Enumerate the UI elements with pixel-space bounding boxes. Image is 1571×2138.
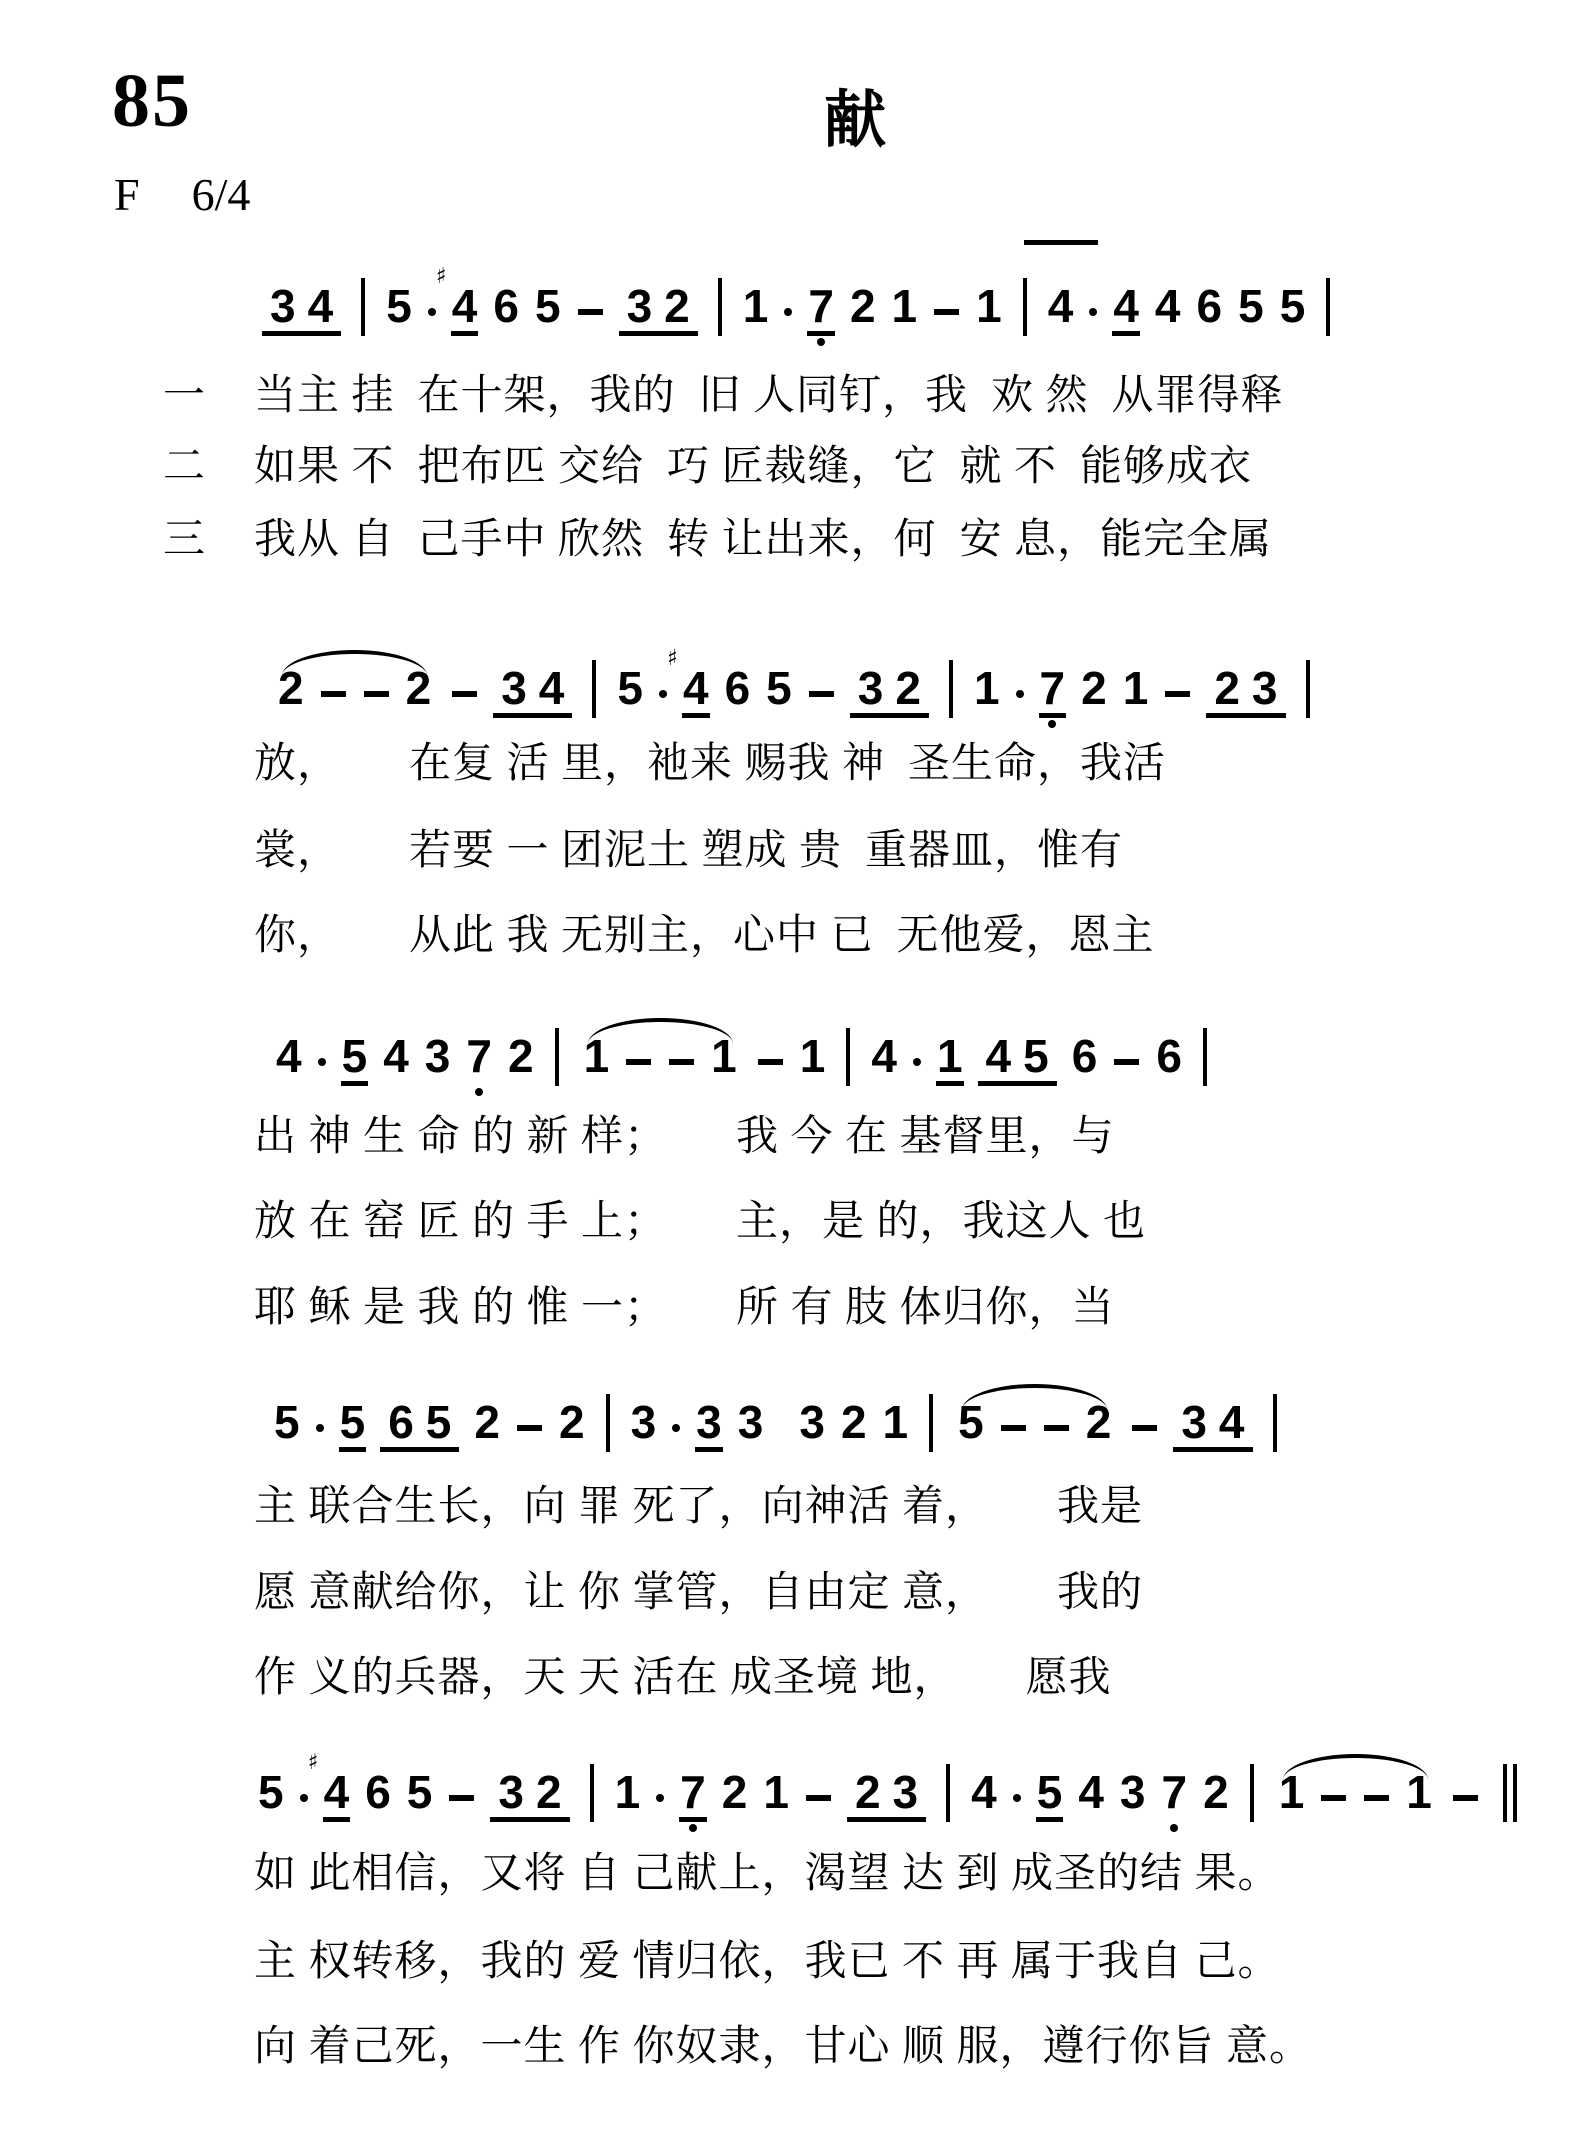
notation-line: 345♯4653217211444655 [255,280,1343,336]
note-value: 1 [615,1766,641,1818]
barline [590,1764,594,1822]
note: 1 [891,284,919,336]
note: 1 [882,1400,910,1452]
note-value: 4 [1219,1396,1245,1448]
note-value: 5 [407,1766,433,1818]
note: 1 [1405,1770,1433,1822]
note: 1 [799,1034,827,1086]
note-value: 5 [958,1396,984,1448]
note: 5 [406,1770,434,1822]
final-barline [1500,1764,1520,1822]
note: 2 [840,1400,868,1452]
note-value: 7 [680,1766,706,1818]
tie-group: 11 [1271,1770,1440,1822]
note: 3 [424,1034,452,1086]
note: ♯4 [682,666,710,718]
note-value: 3 [425,1030,451,1082]
note-value: 3 [799,1396,825,1448]
note-value: 2 [406,662,432,714]
note: 4 [1218,1400,1246,1447]
lyric-line: 愿 意献给你，让 你 掌管，自由定 意， 我的 [163,1567,1143,1619]
beam-group: 32 [850,666,929,718]
duration-dot [656,1794,664,1802]
lyric-text: 如 此相信，又将 自 己献上，渴望 达 到 成圣的结 果。 [254,1851,1281,1897]
note: 5 [534,284,562,336]
lyric-line: 主 权转移，我的 爱 情归依，我已 不 再 属于我自 己。 [163,1936,1281,1988]
note: 1 [742,284,770,336]
note: 1 [1278,1770,1306,1822]
note: 5 [765,666,793,718]
note-value: 3 [893,1766,919,1818]
note: 2 [558,1400,586,1452]
note: 2 [663,284,691,331]
note: 2 [1202,1770,1230,1822]
lyric-line: 三我从 自 己手中 欣然 转 让出来，何 安 息，能完全属 [163,514,1272,566]
lyric-text: 如果 不 把布匹 交给 巧 匠裁缝，它 就 不 能够成衣 [254,444,1252,490]
note-value: 5 [1238,280,1264,332]
note: 5 [1237,284,1265,336]
note-value: 2 [895,662,921,714]
note: 2 [277,666,305,718]
note-value: 4 [1155,280,1181,332]
beam-group: 34 [493,666,572,718]
lyric-text: 耶 稣 是 我 的 惟 一； 所 有 肢 体归你，当 [254,1285,1115,1331]
note-value: 4 [308,280,334,332]
note: 4 [382,1034,410,1086]
note-value: 4 [871,1030,897,1082]
lyric-text: 放 在 窑 匠 的 手 上； 主，是 的，我这人 也 [254,1199,1146,1245]
note-value: 1 [711,1030,737,1082]
lyric-line: 耶 稣 是 我 的 惟 一； 所 有 肢 体归你，当 [163,1282,1115,1334]
barline [846,1028,850,1086]
note-value: 1 [883,1396,909,1448]
dash-mark [1364,1795,1389,1801]
lyric-text: 主 联合生长，向 罪 死了，向神活 着， 我是 [254,1484,1143,1530]
note: 6 [1155,1034,1183,1086]
barline [946,1764,950,1822]
lyric-text: 裳， 若要 一 团泥土 塑成 贵 重器皿，惟有 [254,828,1123,874]
key-signature-row: F6/4 [114,168,250,221]
beam-group: 65 [380,1400,459,1452]
duration-dot [659,690,667,698]
dash-mark [758,1059,783,1065]
note-value: 5 [535,280,561,332]
note-value: 2 [1081,662,1107,714]
note-value: 3 [631,1396,657,1448]
note-value: 1 [1406,1766,1432,1818]
note: 1 [614,1770,642,1822]
verse-number: 二 [163,441,254,493]
note-value: 3 [738,1396,764,1448]
final-barline-right [1513,1764,1517,1822]
note-value: 3 [627,280,653,332]
lyric-line: 出 神 生 命 的 新 样； 我 今 在 基督里，与 [163,1111,1115,1163]
note-value: 6 [1156,1030,1182,1082]
lyric-text: 作 义的兵器，天 天 活在 成圣境 地， 愿我 [254,1655,1112,1701]
note: 6 [724,666,752,718]
barline [592,660,596,718]
note: 5 [616,666,644,718]
note: 2 [894,666,922,713]
note: 7 [1161,1770,1189,1822]
note-value: 6 [1072,1030,1098,1082]
note: 2 [1085,1400,1113,1452]
lyric-text: 放， 在复 活 里，祂来 赐我 神 圣生命，我活 [254,741,1166,787]
note-value: 1 [800,1030,826,1082]
barline [1326,278,1330,336]
note-value: 2 [559,1396,585,1448]
note: 3 [857,666,885,713]
note-value: 1 [584,1030,610,1082]
note-value: 4 [986,1030,1012,1082]
note: 3 [497,1770,525,1817]
note: 1 [975,284,1003,336]
dash-mark [1321,1795,1346,1801]
final-barline-left [1503,1764,1507,1822]
note: 2 [849,284,877,336]
barline [1306,660,1310,718]
note-value: 5 [766,662,792,714]
dash-mark [1165,691,1190,697]
note: 3 [630,1400,658,1452]
note: 4 [307,284,335,331]
note: 5 [339,1400,367,1452]
note: 5 [1279,284,1307,336]
note: 3 [892,1770,920,1817]
dash-mark [669,1059,694,1065]
note: 4 [1077,1770,1105,1822]
note-value: 1 [976,280,1002,332]
note: 1 [936,1034,964,1086]
note: 3 [1119,1770,1147,1822]
note: ♯4 [323,1770,351,1822]
note-value: 1 [1123,662,1149,714]
note: 4 [1154,284,1182,336]
lyric-text: 出 神 生 命 的 新 样； 我 今 在 基督里，与 [254,1114,1115,1160]
note: 5 [273,1400,301,1452]
lyric-line: 二如果 不 把布匹 交给 巧 匠裁缝，它 就 不 能够成衣 [163,441,1252,493]
note: 6 [492,284,520,336]
note: 3 [626,284,654,331]
lyric-line: 如 此相信，又将 自 己献上，渴望 达 到 成圣的结 果。 [163,1848,1281,1900]
note: 5 [425,1400,453,1447]
note-value: 7 [1040,662,1066,714]
verse-number: 一 [163,370,254,422]
dash-mark [1044,1425,1069,1431]
hymn-title: 献 [824,70,886,159]
note-value: 6 [493,280,519,332]
note-value: 1 [974,662,1000,714]
lyric-text: 当主 挂 在十架，我的 旧 人同钉，我 欢 然 从罪得释 [254,373,1284,419]
verse-number: 三 [163,514,254,566]
note: 5 [385,284,413,336]
note-value: 3 [501,662,527,714]
hymn-page: 85 献 F6/4 345♯4653217211444655一当主 挂 在十架，… [0,0,1571,2138]
notation-line: 454372111414566 [268,1030,1220,1086]
dash-mark [806,1795,831,1801]
note: 4 [275,1034,303,1086]
note: ♯4 [451,284,479,336]
note: 7 [465,1034,493,1086]
note-value: 2 [474,1396,500,1448]
notation-line: 5565223333215234 [266,1396,1290,1452]
note: 3 [737,1400,765,1452]
note-value: 2 [664,280,690,332]
title-dash-mark [1024,240,1098,245]
note: 2 [473,1400,501,1452]
note-value: 2 [278,662,304,714]
duration-dot [913,1058,921,1066]
note: 2 [507,1034,535,1086]
note-value: 4 [683,662,709,714]
barline [1250,1764,1254,1822]
barline [949,660,953,718]
note: 7 [679,1770,707,1822]
note-value: 5 [386,280,412,332]
note: 3 [500,666,528,713]
note: 4 [985,1034,1013,1081]
note-value: 4 [1078,1766,1104,1818]
duration-dot [318,1058,326,1066]
note: 5 [341,1034,369,1086]
dash-mark [1453,1795,1478,1801]
lyric-line: 一当主 挂 在十架，我的 旧 人同钉，我 欢 然 从罪得释 [163,370,1284,422]
note-value: 1 [892,280,918,332]
note: 3 [1251,666,1279,713]
duration-dot [1016,690,1024,698]
note-value: 4 [452,280,478,332]
note: 6 [1196,284,1224,336]
note: 6 [387,1400,415,1447]
lyric-line: 你， 从此 我 无别主，心中 已 无他爱，恩主 [163,910,1155,962]
lyric-line: 放， 在复 活 里，祂来 赐我 神 圣生命，我活 [163,738,1166,790]
time-signature: 6/4 [192,169,251,220]
barline [929,1394,933,1452]
note: 1 [583,1034,611,1086]
note-value: 2 [841,1396,867,1448]
barline [606,1394,610,1452]
note-value: 5 [274,1396,300,1448]
note: 2 [721,1770,749,1822]
dash-mark [1001,1425,1026,1431]
note-value: 6 [1197,280,1223,332]
note-value: 5 [1023,1030,1049,1082]
key-signature: F [114,169,140,220]
note: 2 [1213,666,1241,713]
beam-group: 32 [490,1770,569,1822]
note-value: 3 [1120,1766,1146,1818]
lyric-line: 放 在 窑 匠 的 手 上； 主，是 的，我这人 也 [163,1196,1146,1248]
note-value: 6 [388,1396,414,1448]
sharp-icon: ♯ [667,648,678,670]
note-value: 1 [1279,1766,1305,1818]
note-value: 2 [855,1766,881,1818]
dash-mark [934,309,959,315]
barline [1203,1028,1207,1086]
tie-group: 22 [270,666,439,718]
duration-dot [428,308,436,316]
note: 1 [762,1770,790,1822]
note: 5 [957,1400,985,1452]
lyric-line: 向 着己死，一生 作 你奴隶，甘心 顺 服，遵行你旨 意。 [163,2021,1312,2073]
duration-dot [1089,308,1097,316]
note: 6 [1071,1034,1099,1086]
note-value: 4 [324,1766,350,1818]
duration-dot [672,1424,680,1432]
note-value: 4 [1048,280,1074,332]
lyric-text: 愿 意献给你，让 你 掌管，自由定 意， 我的 [254,1570,1143,1616]
beam-group: 23 [847,1770,926,1822]
note-value: 7 [1162,1766,1188,1818]
note: 4 [870,1034,898,1086]
note-value: 2 [536,1766,562,1818]
beam-group: 45 [978,1034,1057,1086]
note-value: 5 [342,1030,368,1082]
dash-mark [1114,1059,1139,1065]
barline [361,278,365,336]
note-value: 1 [763,1766,789,1818]
note-value: 3 [696,1396,722,1448]
beam-group: 34 [262,284,341,336]
lyric-line: 主 联合生长，向 罪 死了，向神活 着， 我是 [163,1481,1143,1533]
note-value: 3 [1181,1396,1207,1448]
beam-group: 34 [1173,1400,1252,1452]
note: 4 [1112,284,1140,336]
note-value: 5 [258,1766,284,1818]
note: 4 [538,666,566,713]
note-value: 4 [276,1030,302,1082]
note-value: 1 [743,280,769,332]
note: 1 [973,666,1001,718]
note-value: 5 [617,662,643,714]
tie-group: 11 [576,1034,745,1086]
dash-mark [578,309,603,315]
dash-mark [364,691,389,697]
lyric-line: 裳， 若要 一 团泥土 塑成 贵 重器皿，惟有 [163,825,1123,877]
note-value: 5 [340,1396,366,1448]
duration-dot [784,308,792,316]
note-value: 7 [466,1030,492,1082]
note-value: 6 [365,1766,391,1818]
dash-mark [517,1425,542,1431]
dash-mark [452,691,477,697]
sharp-icon: ♯ [436,266,447,288]
dash-mark [321,691,346,697]
note-value: 5 [426,1396,452,1448]
lyric-text: 你， 从此 我 无别主，心中 已 无他爱，恩主 [254,913,1155,959]
dash-mark [809,691,834,697]
notation-line: 5♯4653217212345437211 [250,1766,1524,1822]
dash-mark [626,1059,651,1065]
lyric-text: 主 权转移，我的 爱 情归依，我已 不 再 属于我自 己。 [254,1939,1281,1985]
note: 2 [854,1770,882,1817]
note-value: 4 [539,662,565,714]
note-value: 1 [937,1030,963,1082]
note-value: 5 [1280,280,1306,332]
note-value: 4 [383,1030,409,1082]
lyric-text: 向 着己死，一生 作 你奴隶，甘心 顺 服，遵行你旨 意。 [254,2024,1312,2070]
lyric-text: 我从 自 己手中 欣然 转 让出来，何 安 息，能完全属 [254,517,1272,563]
note: 1 [1122,666,1150,718]
note-value: 5 [1037,1766,1063,1818]
duration-dot [316,1424,324,1432]
hymn-number: 85 [112,58,192,145]
note-value: 4 [1113,280,1139,332]
note-value: 2 [850,280,876,332]
note-value: 6 [725,662,751,714]
note: 3 [798,1400,826,1452]
barline [1023,278,1027,336]
note-value: 7 [808,280,834,332]
note: 3 [695,1400,723,1452]
barline [1273,1394,1277,1452]
note-value: 2 [1214,662,1240,714]
note-value: 2 [722,1766,748,1818]
note-value: 2 [1203,1766,1229,1818]
note: 5 [257,1770,285,1822]
tie-group: 52 [950,1400,1119,1452]
dash-mark [1132,1425,1157,1431]
beam-group: 23 [1206,666,1285,718]
barline [555,1028,559,1086]
note-value: 3 [498,1766,524,1818]
barline [718,278,722,336]
note: 2 [535,1770,563,1817]
sharp-icon: ♯ [308,1752,319,1774]
duration-dot [1013,1794,1021,1802]
note: 2 [1080,666,1108,718]
note-value: 3 [1252,662,1278,714]
note: 4 [970,1770,998,1822]
note: 2 [405,666,433,718]
note: 7 [1039,666,1067,718]
note: 6 [364,1770,392,1822]
note: 7 [807,284,835,336]
note-value: 2 [1086,1396,1112,1448]
notation-line: 22345♯46532172123 [266,662,1323,718]
note: 1 [710,1034,738,1086]
note: 5 [1036,1770,1064,1822]
lyric-line: 作 义的兵器，天 天 活在 成圣境 地， 愿我 [163,1652,1112,1704]
beam-group: 32 [619,284,698,336]
dash-mark [449,1795,474,1801]
note-value: 3 [270,280,296,332]
note: 3 [1180,1400,1208,1447]
note-value: 4 [971,1766,997,1818]
note-value: 3 [858,662,884,714]
duration-dot [300,1794,308,1802]
note: 4 [1047,284,1075,336]
note: 5 [1022,1034,1050,1081]
note: 3 [269,284,297,331]
note-value: 2 [508,1030,534,1082]
